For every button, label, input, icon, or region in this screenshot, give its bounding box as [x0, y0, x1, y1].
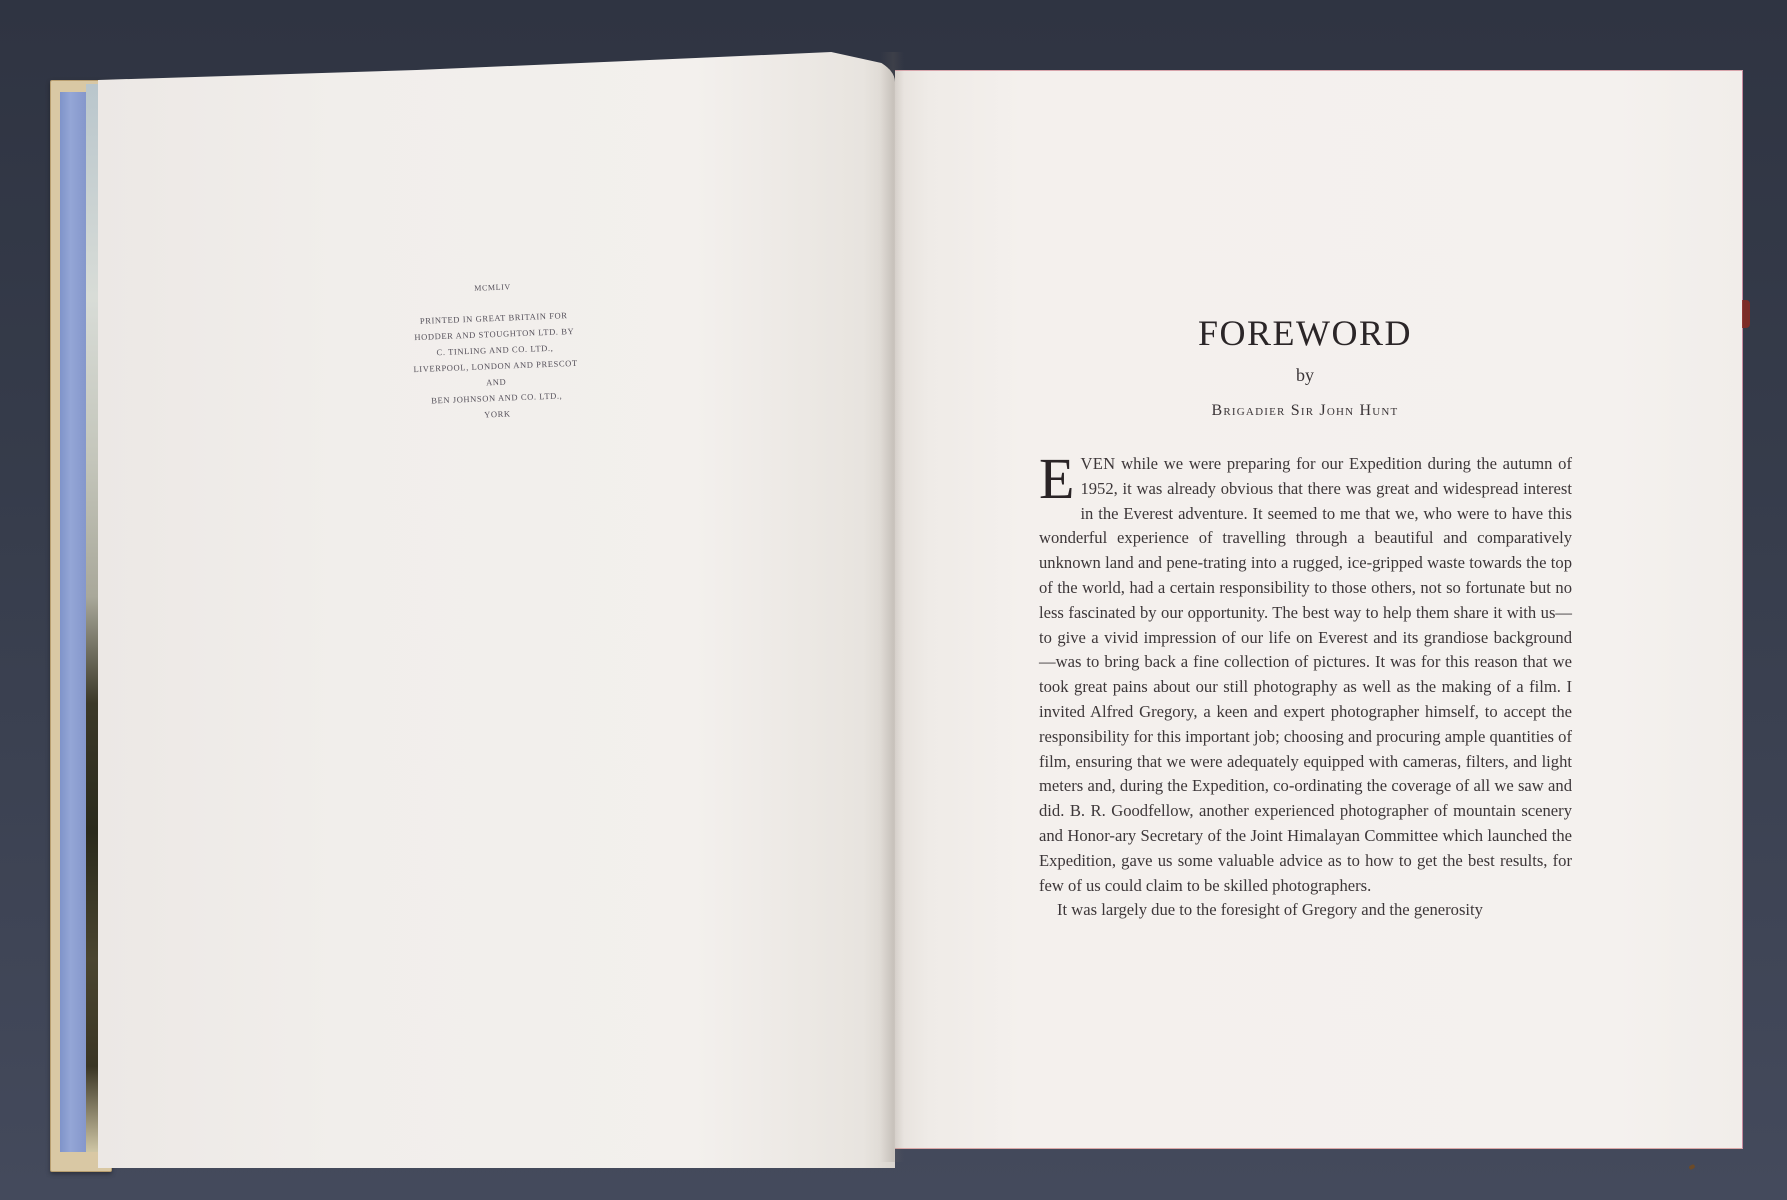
paragraph-1-text: while we were preparing for our Expediti… [1039, 454, 1572, 895]
blue-endpaper-strip [60, 92, 86, 1152]
page-title: FOREWORD [1039, 312, 1571, 354]
left-page [98, 52, 895, 1168]
debris-speck [1688, 1164, 1695, 1170]
foreword-body: EVEN while we were preparing for our Exp… [1039, 452, 1572, 923]
drop-cap: E [1039, 456, 1074, 502]
printer-imprint: MCMLIV PRINTED IN GREAT BRITAIN FOR HODD… [387, 276, 602, 426]
author-name: Brigadier Sir John Hunt [1039, 402, 1571, 420]
bookmark-ribbon [1742, 300, 1750, 328]
by-line: by [1039, 365, 1571, 386]
lead-caps: VEN [1080, 454, 1115, 473]
paragraph-1: EVEN while we were preparing for our Exp… [1039, 452, 1572, 898]
paragraph-2: It was largely due to the foresight of G… [1039, 898, 1572, 923]
book-photo: MCMLIV PRINTED IN GREAT BRITAIN FOR HODD… [0, 0, 1787, 1200]
